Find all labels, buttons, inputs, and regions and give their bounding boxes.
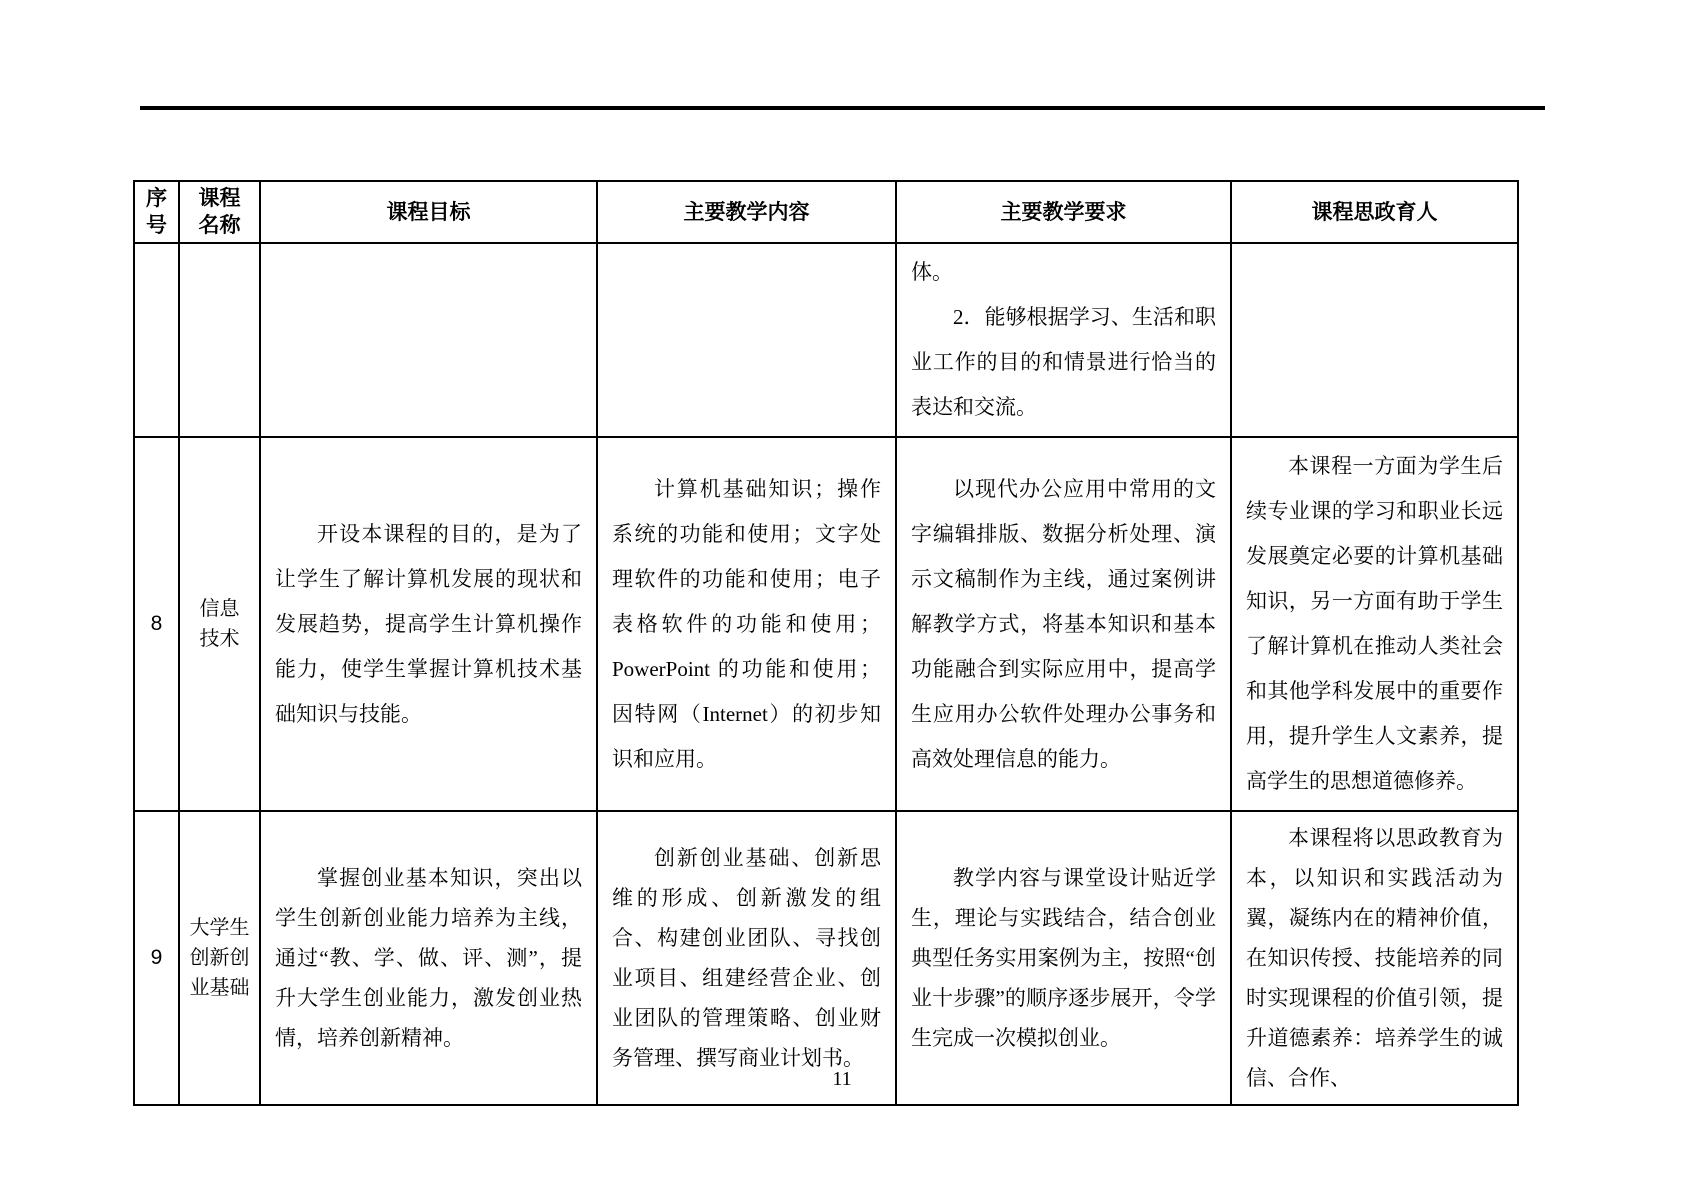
header-cell-teaching-content: 主要教学内容 <box>597 181 896 243</box>
ideology-paragraph: 本课程一方面为学生后续专业课的学习和职业长远发展奠定必要的计算机基础知识，另一方… <box>1246 444 1503 804</box>
course-table: 序 号 课程 名称 课程目标 主要教学内容 主要教学要求 课程思政育人 <box>133 180 1519 1106</box>
row-course-9: 9 大学生 创新创 业基础 掌握创业基本知识，突出以学生创新创业能力培养为主线，… <box>134 811 1518 1105</box>
row-course-8: 8 信息 技术 开设本课程的目的，是为了让学生了解计算机发展的现状和发展趋势，提… <box>134 437 1518 811</box>
header-cell-goal: 课程目标 <box>260 181 597 243</box>
cell-course-name: 信息 技术 <box>179 437 260 811</box>
header-name-line2: 名称 <box>182 212 257 239</box>
header-no-line2: 号 <box>137 212 176 239</box>
cell-goal-empty <box>260 243 597 437</box>
header-rule <box>140 106 1545 110</box>
cell-ideology-education: 本课程一方面为学生后续专业课的学习和职业长远发展奠定必要的计算机基础知识，另一方… <box>1231 437 1518 811</box>
requirement-paragraph: 体。 <box>911 250 1216 295</box>
cell-teaching-content: 创新创业基础、创新思维的形成、创新激发的组合、构建创业团队、寻找创业项目、组建经… <box>597 811 896 1105</box>
header-cell-course-name: 课程 名称 <box>179 181 260 243</box>
cell-course-name: 大学生 创新创 业基础 <box>179 811 260 1105</box>
table-body: 体。 2．能够根据学习、生活和职业工作的目的和情景进行恰当的表达和交流。 8 信… <box>134 243 1518 1105</box>
document-page: 序 号 课程 名称 课程目标 主要教学内容 主要教学要求 课程思政育人 <box>0 0 1684 1191</box>
course-name-line: 大学生 <box>180 913 259 943</box>
cell-teaching-requirement: 教学内容与课堂设计贴近学生，理论与实践结合，结合创业典型任务实用案例为主，按照“… <box>896 811 1231 1105</box>
cell-no-empty <box>134 243 179 437</box>
cell-name-empty <box>179 243 260 437</box>
cell-ideology-education: 本课程将以思政教育为本，以知识和实践活动为翼，凝练内在的精神价值，在知识传授、技… <box>1231 811 1518 1105</box>
content-paragraph: 计算机基础知识；操作系统的功能和使用；文字处理软件的功能和使用；电子表格软件的功… <box>612 467 881 782</box>
goal-paragraph: 开设本课程的目的，是为了让学生了解计算机发展的现状和发展趋势，提高学生计算机操作… <box>275 512 582 737</box>
row-continuation: 体。 2．能够根据学习、生活和职业工作的目的和情景进行恰当的表达和交流。 <box>134 243 1518 437</box>
cell-requirement-continuation: 体。 2．能够根据学习、生活和职业工作的目的和情景进行恰当的表达和交流。 <box>896 243 1231 437</box>
cell-content-empty <box>597 243 896 437</box>
requirement-paragraph: 教学内容与课堂设计贴近学生，理论与实践结合，结合创业典型任务实用案例为主，按照“… <box>911 858 1216 1058</box>
requirement-paragraph: 2．能够根据学习、生活和职业工作的目的和情景进行恰当的表达和交流。 <box>911 295 1216 430</box>
course-name-line: 信息 <box>180 594 259 624</box>
cell-course-goal: 掌握创业基本知识，突出以学生创新创业能力培养为主线，通过“教、学、做、评、测”，… <box>260 811 597 1105</box>
cell-course-no: 9 <box>134 811 179 1105</box>
goal-paragraph: 掌握创业基本知识，突出以学生创新创业能力培养为主线，通过“教、学、做、评、测”，… <box>275 858 582 1058</box>
header-cell-no: 序 号 <box>134 181 179 243</box>
requirement-paragraph: 以现代办公应用中常用的文字编辑排版、数据分析处理、演示文稿制作为主线，通过案例讲… <box>911 467 1216 782</box>
course-name-line: 技术 <box>180 624 259 654</box>
header-no-line1: 序 <box>137 185 176 212</box>
cell-teaching-content: 计算机基础知识；操作系统的功能和使用；文字处理软件的功能和使用；电子表格软件的功… <box>597 437 896 811</box>
table-header: 序 号 课程 名称 课程目标 主要教学内容 主要教学要求 课程思政育人 <box>134 181 1518 243</box>
cell-course-goal: 开设本课程的目的，是为了让学生了解计算机发展的现状和发展趋势，提高学生计算机操作… <box>260 437 597 811</box>
header-row: 序 号 课程 名称 课程目标 主要教学内容 主要教学要求 课程思政育人 <box>134 181 1518 243</box>
header-name-line1: 课程 <box>182 185 257 212</box>
content-paragraph: 创新创业基础、创新思维的形成、创新激发的组合、构建创业团队、寻找创业项目、组建经… <box>612 838 881 1078</box>
cell-ideology-empty <box>1231 243 1518 437</box>
ideology-paragraph: 本课程将以思政教育为本，以知识和实践活动为翼，凝练内在的精神价值，在知识传授、技… <box>1246 818 1503 1098</box>
course-name-line: 业基础 <box>180 973 259 1003</box>
header-cell-ideology: 课程思政育人 <box>1231 181 1518 243</box>
course-name-line: 创新创 <box>180 943 259 973</box>
cell-course-no: 8 <box>134 437 179 811</box>
cell-teaching-requirement: 以现代办公应用中常用的文字编辑排版、数据分析处理、演示文稿制作为主线，通过案例讲… <box>896 437 1231 811</box>
page-number: 11 <box>0 1068 1684 1091</box>
header-cell-teaching-requirement: 主要教学要求 <box>896 181 1231 243</box>
